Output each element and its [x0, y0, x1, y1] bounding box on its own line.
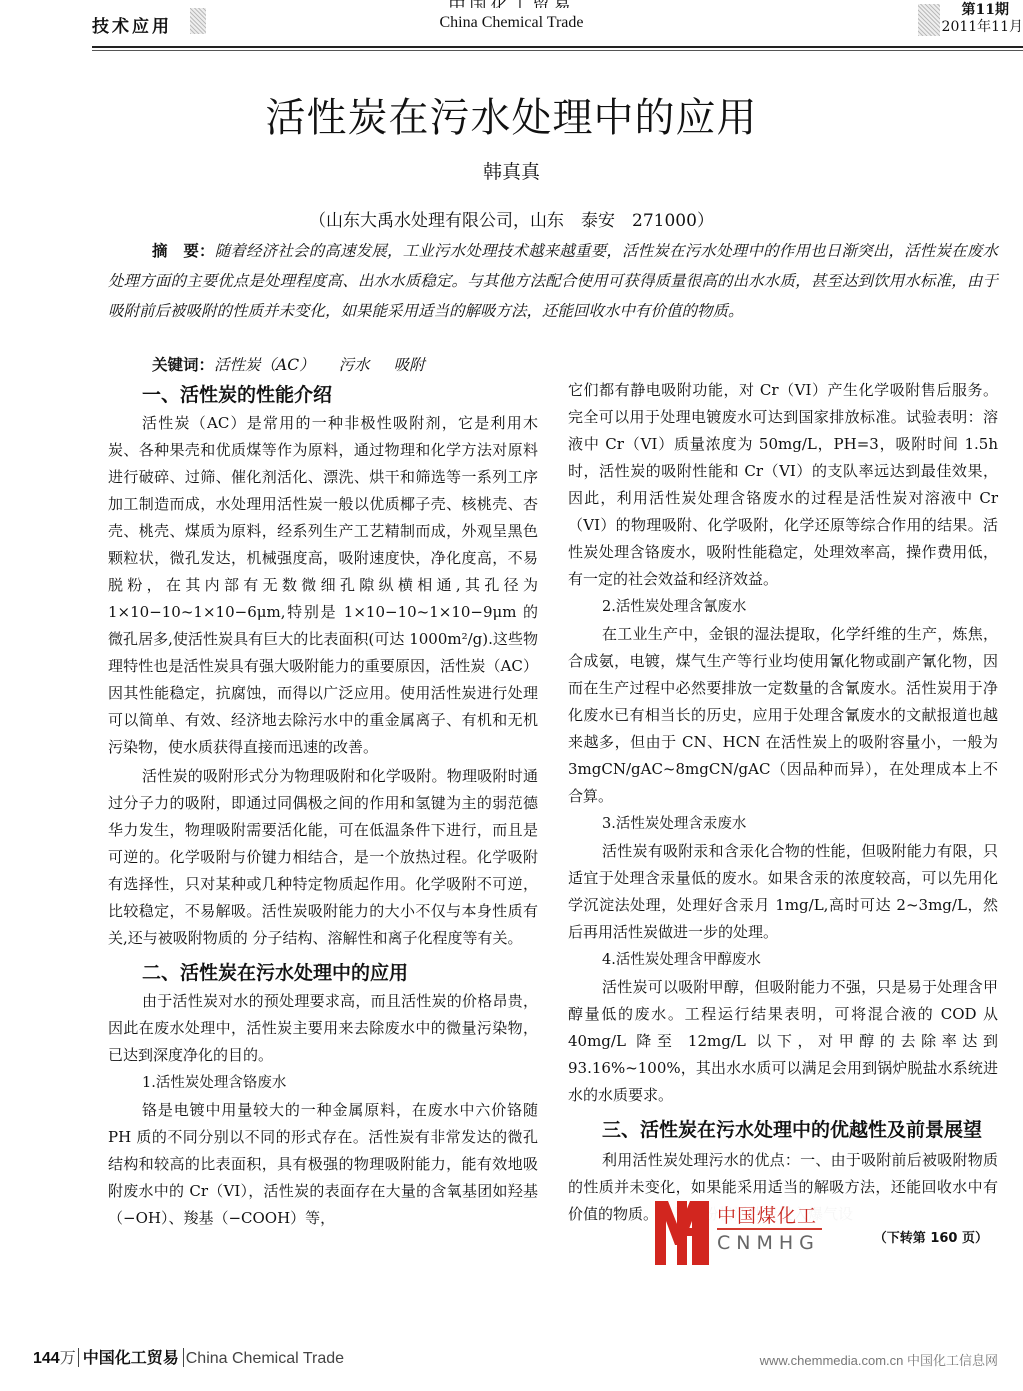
watermark-name-en: CNMHG: [717, 1232, 820, 1254]
issue-number: 第11期: [942, 2, 1023, 19]
paragraph: 活性炭可以吸附甲醇，但吸附能力不强，只是易于处理含甲醇量低的废水。工程运行结果表…: [568, 974, 998, 1109]
keywords-label: 关键词：: [152, 356, 214, 374]
keyword: 吸附: [394, 356, 425, 374]
keyword: 污水: [339, 356, 370, 374]
subsection-heading: 2.活性炭处理含氰废水: [568, 593, 998, 621]
footer-magazine-cn: 中国化工贸易: [78, 1348, 184, 1367]
abstract-text: 随着经济社会的高速发展，工业污水处理技术越来越重要，活性炭在污水处理中的作用也日…: [108, 242, 998, 320]
subsection-heading: 4.活性炭处理含甲醇废水: [568, 946, 998, 974]
affiliation: （山东大禹水处理有限公司，山东 泰安 271000）: [0, 206, 1023, 231]
abstract: 摘 要：随着经济社会的高速发展，工业污水处理技术越来越重要，活性炭在污水处理中的…: [108, 236, 998, 326]
keywords: 关键词：活性炭（AC）污水吸附: [152, 353, 425, 375]
footer-left: 144万中国化工贸易China Chemical Trade: [33, 1345, 344, 1368]
journal-name-en: China Chemical Trade: [0, 14, 1023, 32]
paragraph: 活性炭（AC）是常用的一种非极性吸附剂，它是利用木炭、各种果壳和优质煤等作为原料…: [108, 410, 538, 761]
header-rule-thin: [92, 50, 1023, 51]
section-heading-3: 三、活性炭在污水处理中的优越性及前景展望: [568, 1113, 998, 1147]
subsection-heading: 1.活性炭处理含铬废水: [108, 1069, 538, 1097]
paragraph: 活性炭有吸附汞和含汞化合物的性能，但吸附能力有限，只适宜于处理含汞量低的废水。如…: [568, 838, 998, 946]
watermark-divider: [717, 1228, 822, 1230]
page-number: 144: [33, 1350, 60, 1367]
footer-magazine-en: China Chemical Trade: [186, 1350, 344, 1367]
page-suffix: 万: [60, 1350, 76, 1367]
section-heading-1: 一、活性炭的性能介绍: [108, 380, 538, 410]
journal-header: 中国化工贸易 China Chemical Trade: [0, 0, 1023, 32]
subsection-heading: 3.活性炭处理含汞废水: [568, 810, 998, 838]
left-column: 一、活性炭的性能介绍 活性炭（AC）是常用的一种非极性吸附剂，它是利用木炭、各种…: [108, 380, 538, 1232]
watermark-logo: 中国煤化工 CNMHG: [655, 1201, 855, 1265]
paragraph: 由于活性炭对水的预处理要求高，而且活性炭的价格昂贵，因此在废水处理中，活性炭主要…: [108, 988, 538, 1069]
paragraph: 铬是电镀中用量较大的一种金属原料，在废水中六价铬随 PH 质的不同分别以不同的形…: [108, 1097, 538, 1232]
keyword: 活性炭（AC）: [214, 356, 315, 374]
paragraph: 活性炭的吸附形式分为物理吸附和化学吸附。物理吸附时通过分子力的吸附，即通过同偶极…: [108, 763, 538, 952]
paragraph: 它们都有静电吸附功能，对 Cr（VI）产生化学吸附售后服务。完全可以用于处理电镀…: [568, 377, 998, 593]
abstract-label: 摘 要：: [152, 242, 215, 260]
decorative-hatch-icon: [918, 4, 940, 36]
watermark-name-cn: 中国煤化工: [717, 1201, 817, 1228]
journal-name-cn: 中国化工贸易: [0, 0, 1023, 8]
right-column: 它们都有静电吸附功能，对 Cr（VI）产生化学吸附售后服务。完全可以用于处理电镀…: [568, 377, 998, 1250]
author: 韩真真: [0, 157, 1023, 184]
issue-info: 第11期 2011年11月: [942, 2, 1023, 36]
section-heading-2: 二、活性炭在污水处理中的应用: [108, 958, 538, 988]
footer-website: www.chemmedia.com.cn 中国化工信息网: [760, 1350, 998, 1369]
header-rule: [92, 46, 1023, 48]
paragraph: 在工业生产中，金银的湿法提取，化学纤维的生产，炼焦，合成氨，电镀，煤气生产等行业…: [568, 621, 998, 810]
issue-date: 2011年11月: [942, 19, 1023, 36]
article-title: 活性炭在污水处理中的应用: [0, 86, 1023, 143]
